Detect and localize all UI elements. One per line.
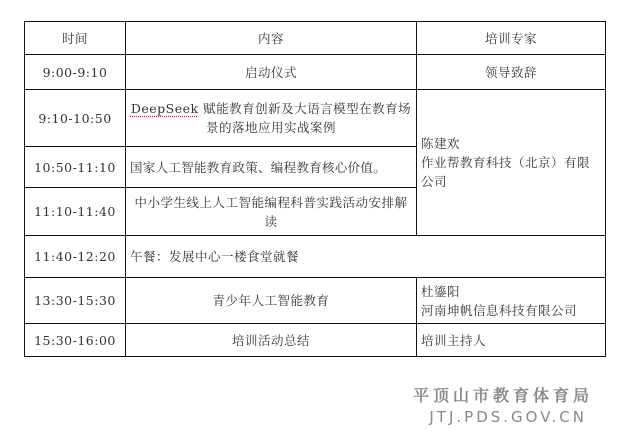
content-cell: 午餐：发展中心一楼食堂就餐 — [126, 236, 606, 278]
header-content: 内容 — [126, 22, 417, 55]
content-cell: 中小学生线上人工智能编程科普实践活动安排解读 — [126, 188, 417, 236]
content-text: 赋能教育创新及大语言模型在教育场景的落地应用实战案例 — [203, 101, 411, 135]
content-cell: 培训活动总结 — [126, 324, 417, 357]
table-row: 11:40-12:20 午餐：发展中心一楼食堂就餐 — [25, 236, 606, 278]
expert-name: 杜鎏阳 — [421, 282, 601, 301]
expert-cell: 培训主持人 — [417, 324, 606, 357]
content-cell: 启动仪式 — [126, 55, 417, 90]
expert-org: 河南坤帆信息科技有限公司 — [421, 301, 601, 320]
table-row: 15:30-16:00 培训活动总结 培训主持人 — [25, 324, 606, 357]
header-time: 时间 — [25, 22, 126, 55]
time-cell: 9:00-9:10 — [25, 55, 126, 90]
header-row: 时间 内容 培训专家 — [25, 22, 606, 55]
content-cell: 青少年人工智能教育 — [126, 278, 417, 324]
expert-cell: 杜鎏阳 河南坤帆信息科技有限公司 — [417, 278, 606, 324]
watermark-url: JTJ.PDS.GOV.CN — [413, 408, 587, 426]
table-row: 13:30-15:30 青少年人工智能教育 杜鎏阳 河南坤帆信息科技有限公司 — [25, 278, 606, 324]
expert-name: 陈建欢 — [421, 134, 601, 153]
time-cell: 13:30-15:30 — [25, 278, 126, 324]
merged-expert-cell: 陈建欢 作业帮教育科技（北京）有限公司 — [417, 90, 606, 236]
time-cell: 10:50-11:10 — [25, 147, 126, 188]
table-row: 9:10-10:50 DeepSeek 赋能教育创新及大语言模型在教育场景的落地… — [25, 90, 606, 147]
spellcheck-word: DeepSeek — [131, 101, 199, 116]
table-row: 9:00-9:10 启动仪式 领导致辞 — [25, 55, 606, 90]
time-cell: 9:10-10:50 — [25, 90, 126, 147]
watermark-org: 平顶山市教育体育局 — [413, 383, 593, 406]
time-cell: 11:40-12:20 — [25, 236, 126, 278]
time-cell: 11:10-11:40 — [25, 188, 126, 236]
expert-org: 作业帮教育科技（北京）有限公司 — [421, 153, 601, 191]
header-expert: 培训专家 — [417, 22, 606, 55]
watermark: 平顶山市教育体育局 JTJ.PDS.GOV.CN — [413, 383, 593, 426]
content-cell: DeepSeek 赋能教育创新及大语言模型在教育场景的落地应用实战案例 — [126, 90, 417, 147]
time-cell: 15:30-16:00 — [25, 324, 126, 357]
expert-cell: 领导致辞 — [417, 55, 606, 90]
content-cell: 国家人工智能教育政策、编程教育核心价值。 — [126, 147, 417, 188]
schedule-table: 时间 内容 培训专家 9:00-9:10 启动仪式 领导致辞 9:10-10:5… — [24, 21, 606, 357]
